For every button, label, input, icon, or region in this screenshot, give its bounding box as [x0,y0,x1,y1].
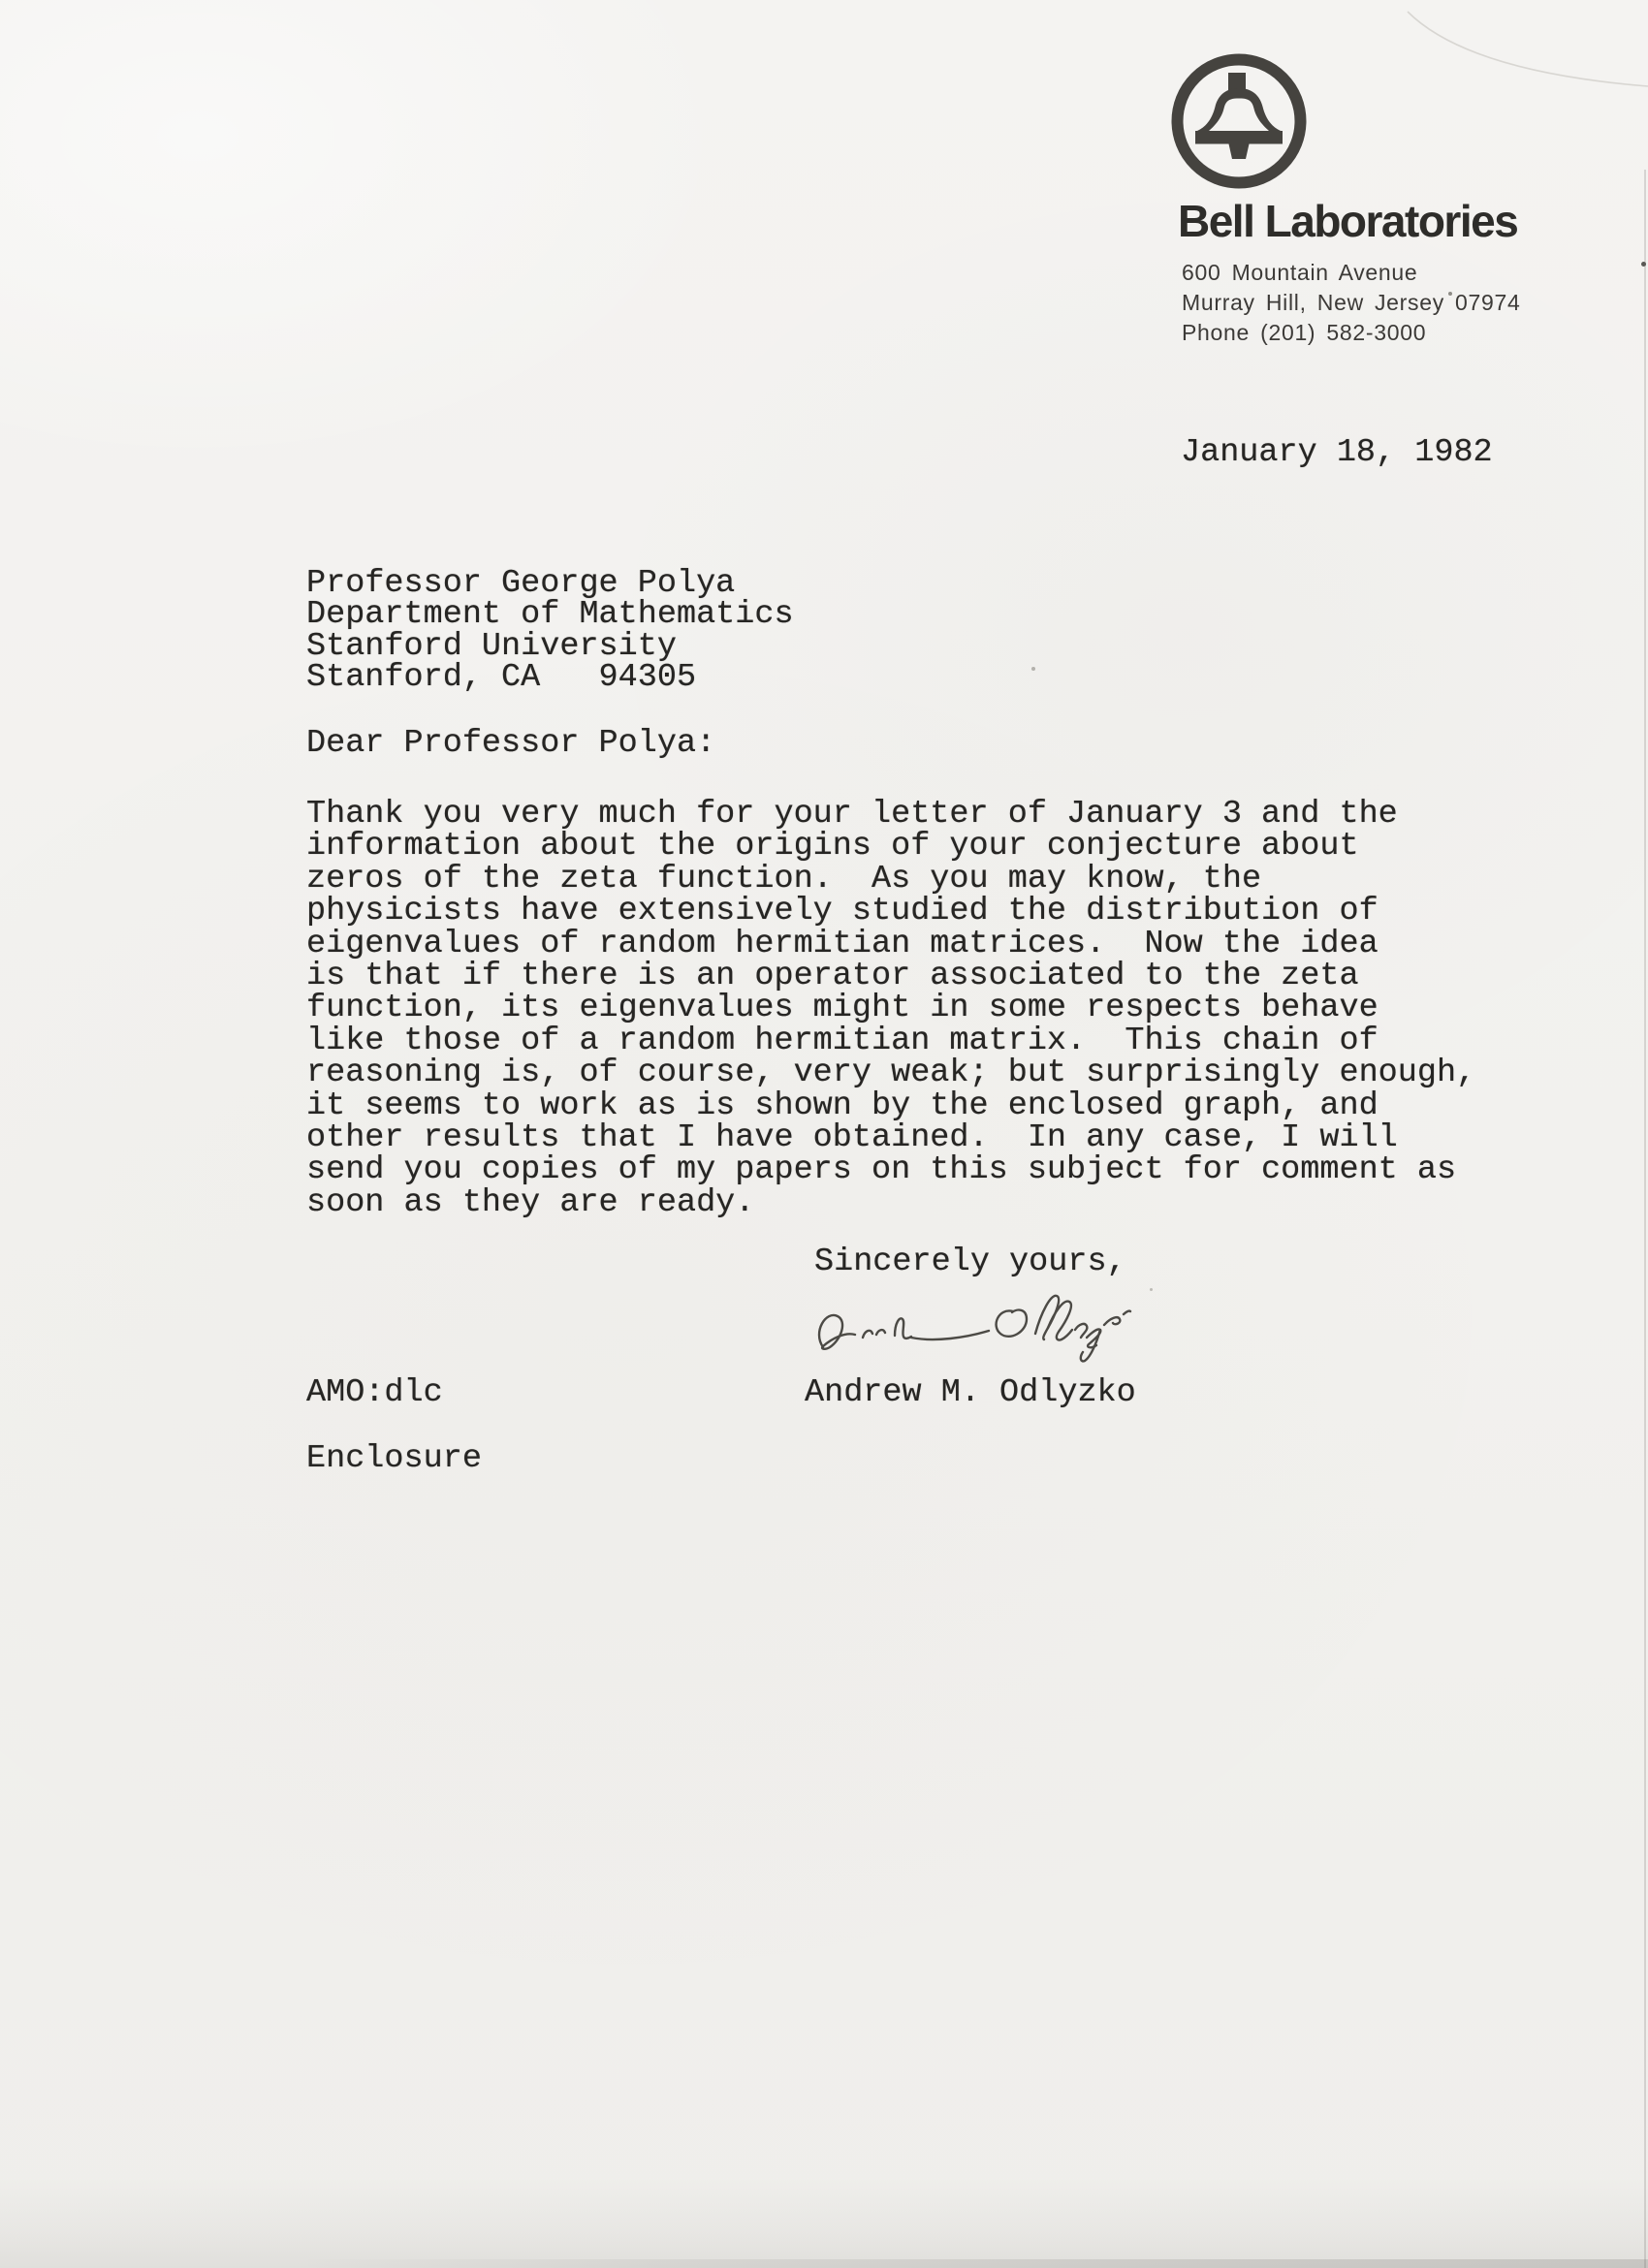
scan-right-edge [1644,170,1646,2268]
scan-speck [1641,262,1646,267]
scan-speck [1448,292,1452,296]
scan-bottom-edge [0,2259,1648,2268]
scan-speck [1150,1288,1153,1291]
paper-crease-line [0,0,1648,2268]
scan-speck [1031,667,1035,671]
scanned-letter-page: { "colors": { "paper": "#f2f1ee", "typew… [0,0,1648,2268]
scan-bottom-shadow [0,2176,1648,2268]
